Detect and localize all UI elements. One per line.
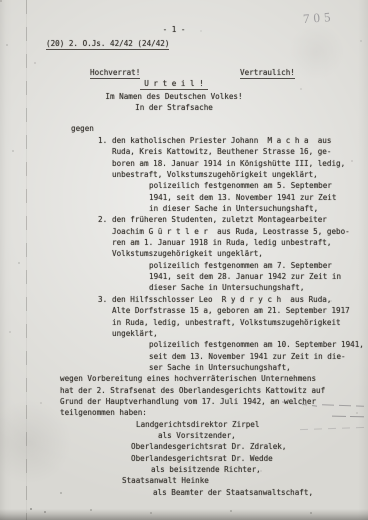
defendant-line: Alte Dorfstrasse 15 a, geboren am 21. Se…	[0, 305, 368, 316]
charge-line: hat der 2. Strafsenat des Oberlandesgeri…	[0, 385, 368, 396]
defendant-line: 2.den früheren Studenten, zuletzt Montag…	[0, 214, 368, 225]
against-label: gegen	[71, 124, 94, 133]
charge-line: Grund der Hauptverhandlung vom 17. Juli …	[0, 396, 368, 407]
tribunal-block: Landgerichtsdirektor Zirpel als Vorsitze…	[0, 419, 368, 498]
tribunal-role-line: als beisitzende Richter,	[0, 464, 368, 475]
subject-label-wrap: Hochverrat!	[90, 68, 140, 79]
tribunal-member-line: Oberlandesgerichtsrat Dr. Wedde	[0, 453, 368, 464]
detention-line: 1941, seit dem 13. November 1941 zur Zei…	[0, 192, 368, 203]
tribunal-member-line: Staatsanwalt Heinke	[0, 475, 368, 486]
page-number-row: - 1 -	[0, 25, 348, 34]
defendant-text: den früheren Studenten, zuletzt Montagea…	[112, 215, 327, 224]
document-page: 705 - 1 - (20) 2. O.Js. 42/42 (24/42) Ho…	[0, 0, 368, 520]
paper-speckles	[0, 0, 2, 2]
defendant-line: ungeklärt,	[0, 328, 368, 339]
detention-line: seit dem 13. November 1941 zur Zeit in d…	[0, 351, 368, 362]
defendant-line: ren am 1. Januar 1918 in Ruda, ledig unb…	[0, 237, 368, 248]
defendant-line: 1.den katholischen Priester Johann M a c…	[0, 135, 368, 146]
defendant-text: den Hilfsschlosser Leo R y d r y c h aus…	[112, 295, 331, 304]
classification-label-wrap: Vertraulich!	[240, 68, 295, 79]
defendant-1-block: 1.den katholischen Priester Johann M a c…	[0, 135, 368, 214]
proclamation-row: Im Namen des Deutschen Volkes!	[0, 92, 348, 101]
defendant-line: Joachim G ü r t l e r aus Ruda, Leostras…	[0, 226, 368, 237]
defendant-number: 2.	[98, 214, 107, 225]
tribunal-member-line: Oberlandesgerichtsrat Dr. Zdralek,	[0, 441, 368, 452]
detention-line: ser Sache in Untersuchungshaft,	[0, 362, 368, 373]
judgment-title-row: U r t e i l !	[0, 79, 348, 90]
defendant-number: 3.	[98, 294, 107, 305]
defendant-line: in Ruda, ledig, unbestraft, Volkstumszug…	[0, 317, 368, 328]
charge-block: wegen Vorbereitung eines hochverräterisc…	[0, 373, 368, 418]
detention-line: dieser Sache in Untersuchungshaft,	[0, 282, 368, 293]
subject-label: Hochverrat!	[90, 68, 140, 79]
defendant-text: den katholischen Priester Johann M a c h…	[112, 136, 331, 145]
defendant-number: 1.	[98, 135, 107, 146]
detention-line: polizeilich festgenommen am 10. Septembe…	[0, 339, 368, 350]
defendant-line: unbestraft, Volkstumszugehörigkeit ungek…	[0, 169, 368, 180]
tribunal-member-line: Landgerichtsdirektor Zirpel	[0, 419, 368, 430]
defendant-line: Ruda, Kreis Kattowitz, Beuthener Strasse…	[0, 146, 368, 157]
document-body: 1.den katholischen Priester Johann M a c…	[0, 135, 368, 498]
file-reference-row: (20) 2. O.Js. 42/42 (24/42)	[46, 39, 169, 50]
defendant-line: 3.den Hilfsschlosser Leo R y d r y c h a…	[0, 294, 368, 305]
case-intro-row: In der Strafsache	[0, 103, 348, 112]
detention-line: polizeilich festgenommen am 5. September	[0, 180, 368, 191]
file-reference: (20) 2. O.Js. 42/42 (24/42)	[46, 39, 169, 50]
defendant-line: Volkstumszugehörigkeit ungeklärt,	[0, 248, 368, 259]
judgment-title: U r t e i l !	[140, 79, 207, 90]
tribunal-role-line: als Vorsitzender,	[0, 430, 368, 441]
classification-label: Vertraulich!	[240, 68, 295, 79]
bottom-scan-edge	[0, 509, 368, 520]
tribunal-role-line: als Beamter der Staatsanwaltschaft,	[0, 487, 368, 498]
defendant-3-block: 3.den Hilfsschlosser Leo R y d r y c h a…	[0, 294, 368, 373]
detention-line: in dieser Sache in Untersuchungshaft,	[0, 203, 368, 214]
detention-line: polizeilich festgenommen am 7. September	[0, 260, 368, 271]
page-number: - 1 -	[163, 25, 186, 34]
defendant-line: boren am 18. Januar 1914 in Königshütte …	[0, 158, 368, 169]
defendant-2-block: 2.den früheren Studenten, zuletzt Montag…	[0, 214, 368, 293]
case-intro-line: In der Strafsache	[135, 103, 213, 112]
charge-line: teilgenommen haben:	[0, 407, 368, 418]
detention-line: 1941, seit dem 28. Januar 1942 zur Zeit …	[0, 271, 368, 282]
charge-line: wegen Vorbereitung eines hochverräterisc…	[0, 373, 368, 384]
proclamation-line: Im Namen des Deutschen Volkes!	[105, 92, 242, 101]
